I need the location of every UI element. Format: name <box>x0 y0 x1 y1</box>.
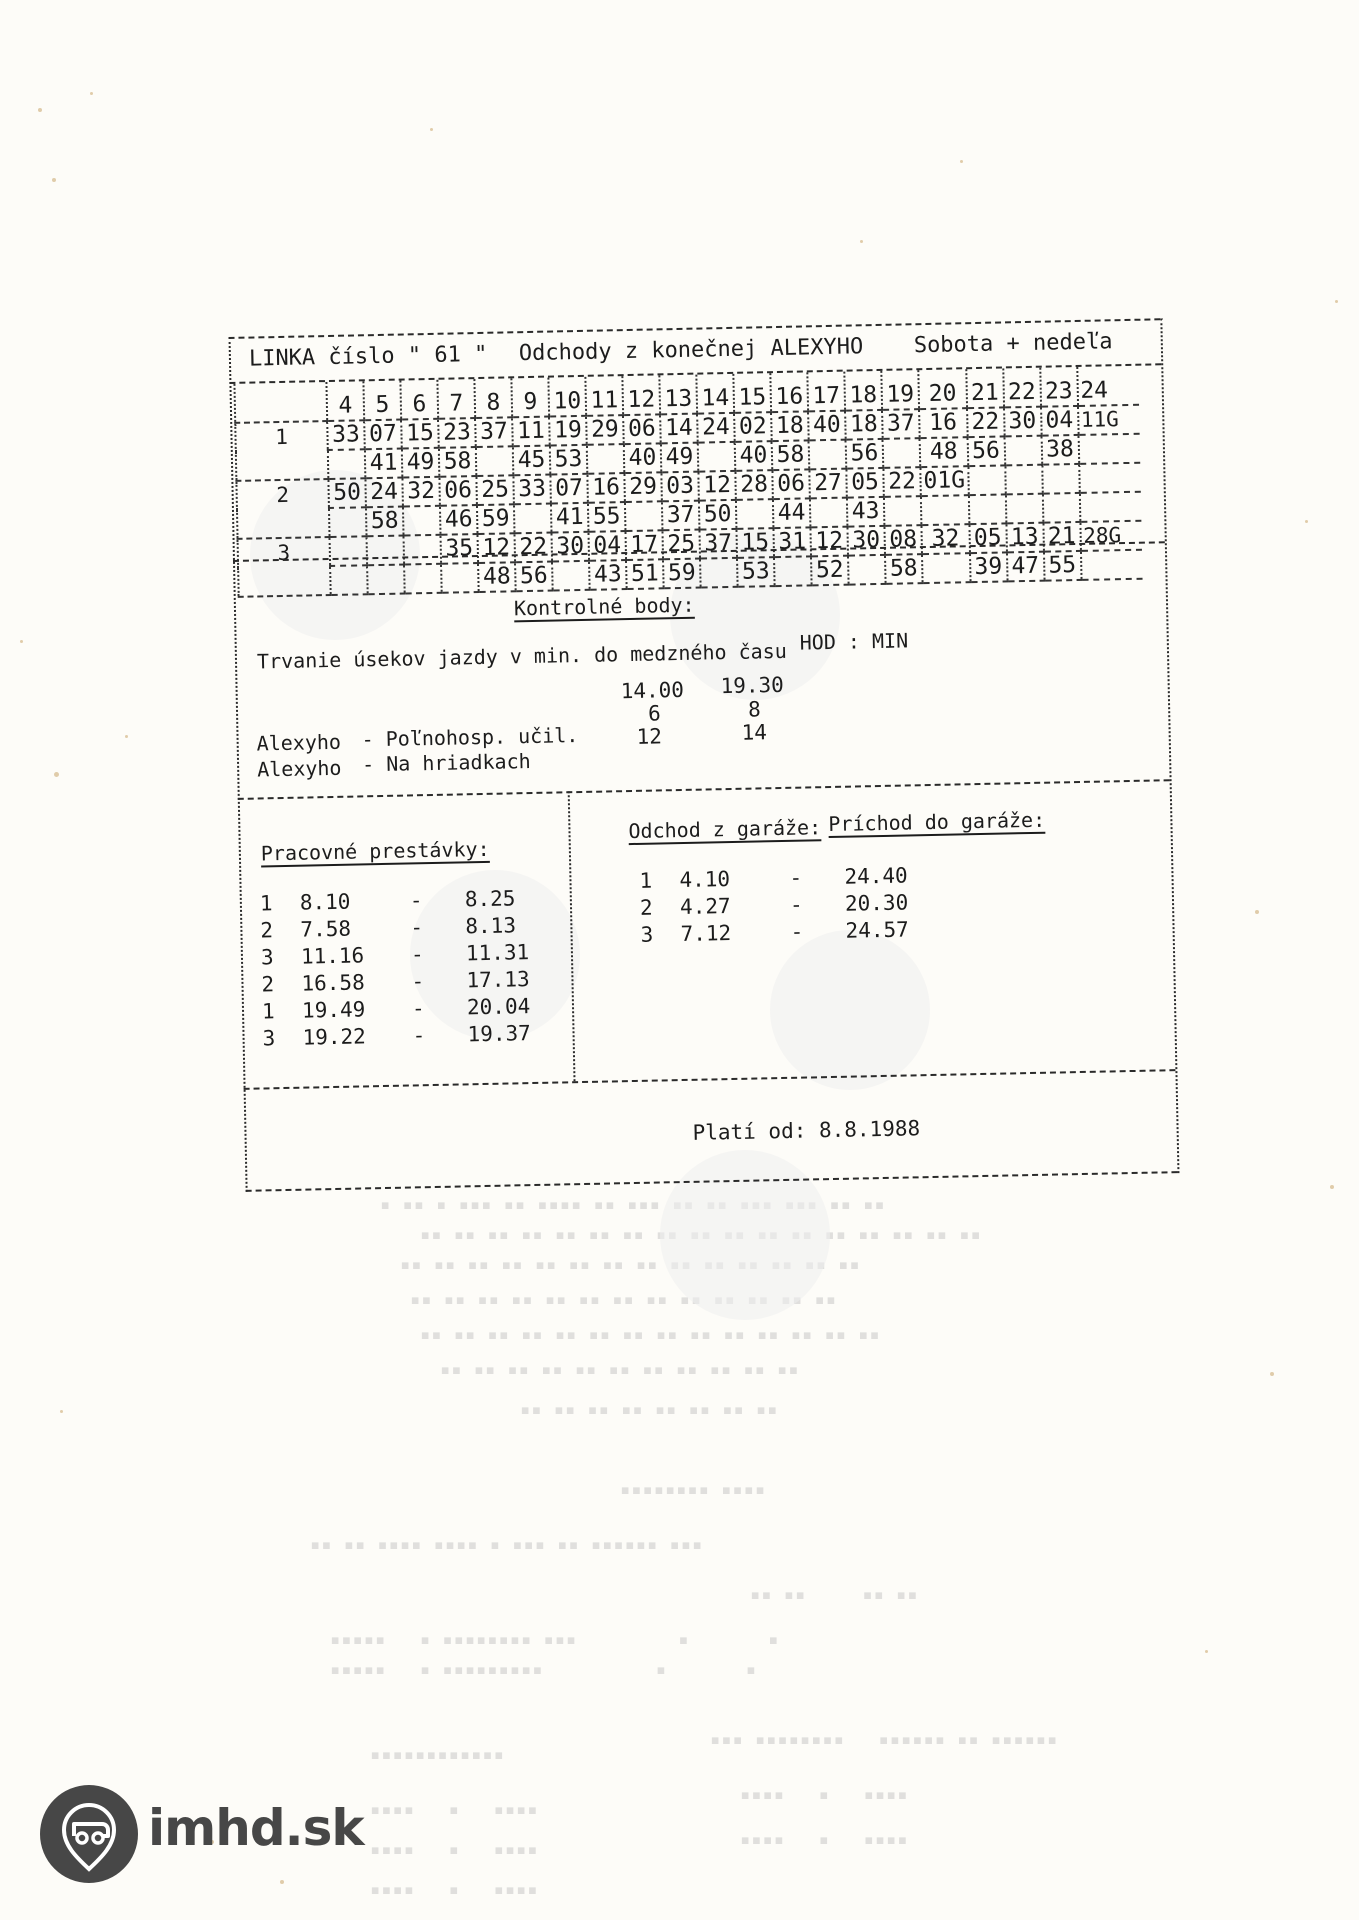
departure-minute: 46 <box>440 505 478 535</box>
departures-table: 4 5 6 7 8 9 10 11 12 13 14 15 16 17 18 1… <box>233 366 1142 598</box>
hour-cell: 5 <box>363 381 401 421</box>
departure-minute: 33 <box>327 420 365 450</box>
hour-cell: 19 <box>881 370 919 410</box>
departure-minute: 12 <box>810 527 848 557</box>
departure-minute: 02 <box>734 412 772 442</box>
departure-minute <box>1079 463 1141 493</box>
departure-minute <box>698 442 736 472</box>
hour-cell: 6 <box>400 380 438 420</box>
departure-minute: 41 <box>551 503 589 533</box>
departure-minute: 30 <box>847 526 885 556</box>
course-number: 1 <box>262 999 275 1023</box>
departure-minute: 07 <box>364 420 402 450</box>
departures-body: 1330715233711192906142402184018371622300… <box>235 405 1142 597</box>
control-points-subtitle: Trvanie úsekov jazdy v min. do medzného … <box>257 639 787 674</box>
departure-minute: 06 <box>439 476 477 506</box>
valid-from: Platí od: 8.8.1988 <box>692 1116 920 1145</box>
hour-cell: 21 <box>966 368 1004 408</box>
departure-minute: 49 <box>661 443 699 473</box>
departure-minute: 37 <box>475 417 513 447</box>
time-from: 7.58 <box>300 917 351 942</box>
garage-departure-title: Odchod z garáže: <box>628 815 821 843</box>
segment-from: Alexyho <box>256 730 341 756</box>
time-to: 20.04 <box>467 994 531 1019</box>
time-from: 19.22 <box>302 1024 366 1049</box>
range-dash: - <box>410 888 423 912</box>
departure-minute <box>968 494 1006 524</box>
departure-minute <box>1079 492 1141 522</box>
line-number-label: LINKA číslo " 61 " <box>249 342 488 372</box>
departure-minute <box>883 438 921 468</box>
departure-minute: 24 <box>365 478 403 508</box>
segment-to: - Poľnohosp. učil. <box>361 723 578 751</box>
segment-value: 12 <box>636 724 662 749</box>
departure-minute <box>587 444 625 474</box>
hour-cell: 16 <box>770 372 808 412</box>
course-number: 3 <box>262 1026 275 1050</box>
departure-minute: 07 <box>550 474 588 504</box>
departure-minute <box>404 535 442 565</box>
departure-minute: 59 <box>477 504 515 534</box>
departure-minute: 22 <box>967 407 1005 437</box>
departure-minute: 32 <box>402 477 440 507</box>
departure-minute: 06 <box>772 469 810 499</box>
hour-cell: 7 <box>437 379 475 419</box>
departure-minute <box>514 504 552 534</box>
departure-minute: 37 <box>662 501 700 531</box>
course-number: 3 <box>261 945 274 969</box>
departure-minute: 40 <box>735 441 773 471</box>
departure-minute <box>848 555 886 585</box>
time-range-row: 37.12-24.57 <box>640 916 960 949</box>
range-dash: - <box>412 1023 425 1047</box>
departure-minute: 28 <box>735 470 773 500</box>
time-to: 20.30 <box>845 890 909 915</box>
departure-minute: 38 <box>1041 435 1079 465</box>
segment-from: Alexyho <box>257 756 342 782</box>
hour-cell: 22 <box>1003 368 1041 408</box>
departure-minute <box>774 556 812 586</box>
departure-minute: 33 <box>513 475 551 505</box>
departure-minute: 51 <box>626 559 664 589</box>
time-from: 7.12 <box>680 921 731 946</box>
departure-minute: 53 <box>550 445 588 475</box>
departure-minute: 49 <box>402 448 440 478</box>
hour-cell: 9 <box>511 378 549 418</box>
departure-minute: 40 <box>808 411 846 441</box>
departure-minute: 13 <box>1006 523 1044 553</box>
departure-minute: 25 <box>662 530 700 560</box>
departure-minute: 22 <box>514 533 552 563</box>
bus-location-pin-icon <box>40 1785 138 1883</box>
departure-minute <box>1004 436 1042 466</box>
departure-minute <box>1005 465 1043 495</box>
hour-cell: 17 <box>807 372 845 412</box>
segment-to: - Na hriadkach <box>362 749 531 776</box>
departure-minute: 56 <box>515 562 553 592</box>
departure-minute: 03 <box>661 472 699 502</box>
departure-minute: 47 <box>1007 552 1045 582</box>
timetable-sheet: LINKA číslo " 61 " Odchody z konečnej AL… <box>228 293 1180 1192</box>
departure-minute <box>367 565 405 595</box>
departure-minute: 28G <box>1080 521 1142 551</box>
hour-cell: 23 <box>1040 367 1078 407</box>
departure-minute: 40 <box>624 443 662 473</box>
departure-minute <box>552 561 590 591</box>
time-to: 17.13 <box>466 967 530 992</box>
departure-minute: 32 <box>921 524 969 554</box>
segment-value: 8 <box>748 697 761 721</box>
hour-cell: 14 <box>696 374 734 414</box>
hour-cell: 20 <box>918 369 966 409</box>
departure-minute <box>329 507 367 537</box>
hour-cell: 11 <box>585 376 623 416</box>
departure-minute <box>403 506 441 536</box>
departure-minute: 21 <box>1043 522 1081 552</box>
departure-minute: 04 <box>588 531 626 561</box>
departure-minute: 15 <box>401 419 439 449</box>
course-number <box>237 508 330 539</box>
departure-minute <box>1042 493 1080 523</box>
departure-minute <box>736 499 774 529</box>
departure-minute: 35 <box>441 534 479 564</box>
departure-minute: 27 <box>809 469 847 499</box>
departure-minute: 11 <box>512 417 550 447</box>
departure-minute <box>1081 550 1143 580</box>
departure-minute: 18 <box>845 410 883 440</box>
departure-minute: 05 <box>969 523 1007 553</box>
departure-minute: 17 <box>625 530 663 560</box>
range-dash: - <box>412 996 425 1020</box>
departure-minute: 48 <box>920 437 968 467</box>
time-from: 8.10 <box>300 890 351 915</box>
departure-minute <box>700 558 738 588</box>
time-from: 4.27 <box>680 894 731 919</box>
departure-minute: 25 <box>476 475 514 505</box>
departure-minute: 18 <box>771 411 809 441</box>
departure-minute: 43 <box>589 560 627 590</box>
departure-minute <box>921 495 969 525</box>
range-dash: - <box>411 969 424 993</box>
departure-minute: 16 <box>587 473 625 503</box>
departure-minute: 37 <box>882 409 920 439</box>
departure-minute: 39 <box>970 552 1008 582</box>
time-from: 11.16 <box>301 943 365 968</box>
garage-arrival-title: Príchod do garáže: <box>828 808 1045 836</box>
departure-minute <box>922 553 970 583</box>
range-dash: - <box>790 893 803 917</box>
departure-minute: 05 <box>846 468 884 498</box>
departure-minute: 56 <box>846 439 884 469</box>
range-dash: - <box>410 915 423 939</box>
departure-minute: 01G <box>920 466 968 496</box>
departure-minute: 44 <box>773 498 811 528</box>
time-to: 19.37 <box>467 1021 531 1046</box>
time-to: 24.40 <box>844 863 908 888</box>
sheet-border-right <box>1160 318 1179 1173</box>
course-number: 1 <box>639 869 652 893</box>
course-number: 2 <box>236 479 329 510</box>
departure-minute <box>330 565 368 595</box>
departure-minute: 52 <box>811 556 849 586</box>
departure-minute: 31 <box>773 527 811 557</box>
course-number: 3 <box>238 537 331 568</box>
time-from: 19.49 <box>302 997 366 1022</box>
breaks-garage-divider <box>568 791 576 1081</box>
departures-label: Odchody z konečnej ALEXYHO <box>519 334 864 366</box>
departure-minute <box>810 498 848 528</box>
course-number: 2 <box>260 918 273 942</box>
hour-cell: 4 <box>326 381 364 421</box>
departure-minute <box>476 446 514 476</box>
departure-minute <box>367 536 405 566</box>
departure-minute: 12 <box>478 533 516 563</box>
departure-minute <box>404 564 442 594</box>
departure-minute: 29 <box>624 472 662 502</box>
departure-minute <box>330 536 368 566</box>
logo-text: imhd.sk <box>148 1799 364 1857</box>
departure-minute: 06 <box>623 414 661 444</box>
course-number: 1 <box>235 421 328 452</box>
departure-minute: 16 <box>919 408 967 438</box>
departure-minute: 59 <box>663 559 701 589</box>
departure-minute <box>625 501 663 531</box>
time-to: 8.13 <box>465 913 516 938</box>
departure-minute: 30 <box>551 532 589 562</box>
hour-cell: 10 <box>548 377 586 417</box>
departure-minute: 22 <box>883 467 921 497</box>
time-to: 24.57 <box>845 917 909 942</box>
departure-minute: 58 <box>439 447 477 477</box>
course-header-cell <box>234 382 327 423</box>
departure-minute: 58 <box>366 507 404 537</box>
range-dash: - <box>790 920 803 944</box>
course-number: 2 <box>640 896 653 920</box>
departure-minute: 11G <box>1078 405 1140 435</box>
departure-minute: 30 <box>1004 407 1042 437</box>
departure-minute <box>1078 434 1140 464</box>
hour-cell: 15 <box>733 373 771 413</box>
departure-minute: 37 <box>699 529 737 559</box>
departure-minute <box>1005 494 1043 524</box>
departure-minute: 04 <box>1041 406 1079 436</box>
segment-value: 14 <box>741 720 767 745</box>
control-points-unit: HOD : MIN <box>800 628 909 654</box>
control-points-title: Kontrolné body: <box>514 593 695 621</box>
departure-minute: 55 <box>1044 551 1082 581</box>
time-from: 16.58 <box>301 970 365 995</box>
days-label: Sobota + nedeľa <box>914 329 1113 358</box>
garage-list: 14.10-24.4024.27-20.3037.12-24.57 <box>639 862 959 868</box>
hour-cell: 12 <box>622 375 660 415</box>
course-number: 1 <box>260 891 273 915</box>
course-number: 2 <box>261 972 274 996</box>
hour-cell: 8 <box>474 378 512 418</box>
departure-minute: 58 <box>772 440 810 470</box>
time-to: 11.31 <box>466 940 530 965</box>
departure-minute <box>884 496 922 526</box>
departure-minute: 43 <box>847 497 885 527</box>
departure-minute: 50 <box>328 478 366 508</box>
departure-minute: 55 <box>588 502 626 532</box>
segment-value: 6 <box>648 701 661 725</box>
time-from: 4.10 <box>679 867 730 892</box>
departure-minute: 53 <box>737 557 775 587</box>
departure-minute <box>328 449 366 479</box>
hour-cell: 18 <box>844 371 882 411</box>
departure-minute: 08 <box>884 525 922 555</box>
time-range-row: 319.22-19.37 <box>262 1020 562 1053</box>
range-dash: - <box>411 942 424 966</box>
course-number <box>236 450 329 481</box>
departure-minute: 12 <box>698 471 736 501</box>
departure-minute: 19 <box>549 416 587 446</box>
departure-minute: 24 <box>697 413 735 443</box>
time-column-2: 19.30 <box>720 673 784 698</box>
work-breaks-list: 18.10-8.2527.58-8.13311.16-11.31216.58-1… <box>260 885 560 891</box>
departure-minute: 56 <box>967 436 1005 466</box>
departure-minute: 29 <box>586 415 624 445</box>
departure-minute: 23 <box>438 418 476 448</box>
range-dash: - <box>789 866 802 890</box>
departure-minute <box>809 440 847 470</box>
departure-minute: 50 <box>699 500 737 530</box>
departure-minute: 48 <box>478 562 516 592</box>
departure-minute <box>441 563 479 593</box>
time-column-1: 14.00 <box>620 678 684 703</box>
departure-minute: 15 <box>736 528 774 558</box>
breaks-bottom-divider <box>244 1069 1176 1090</box>
departure-minute <box>1042 464 1080 494</box>
departure-minute: 45 <box>513 446 551 476</box>
time-to: 8.25 <box>465 886 516 911</box>
work-breaks-title: Pracovné prestávky: <box>261 837 490 866</box>
departure-minute: 58 <box>885 554 923 584</box>
control-points-divider <box>238 779 1170 800</box>
course-number <box>238 566 331 597</box>
departure-minute <box>968 465 1006 495</box>
departure-minute: 14 <box>660 414 698 444</box>
departure-minute: 41 <box>365 449 403 479</box>
course-number: 3 <box>640 923 653 947</box>
hour-cell: 13 <box>659 375 697 415</box>
hour-cell: 24 <box>1077 366 1139 406</box>
imhd-logo[interactable]: imhd.sk <box>40 1785 340 1885</box>
